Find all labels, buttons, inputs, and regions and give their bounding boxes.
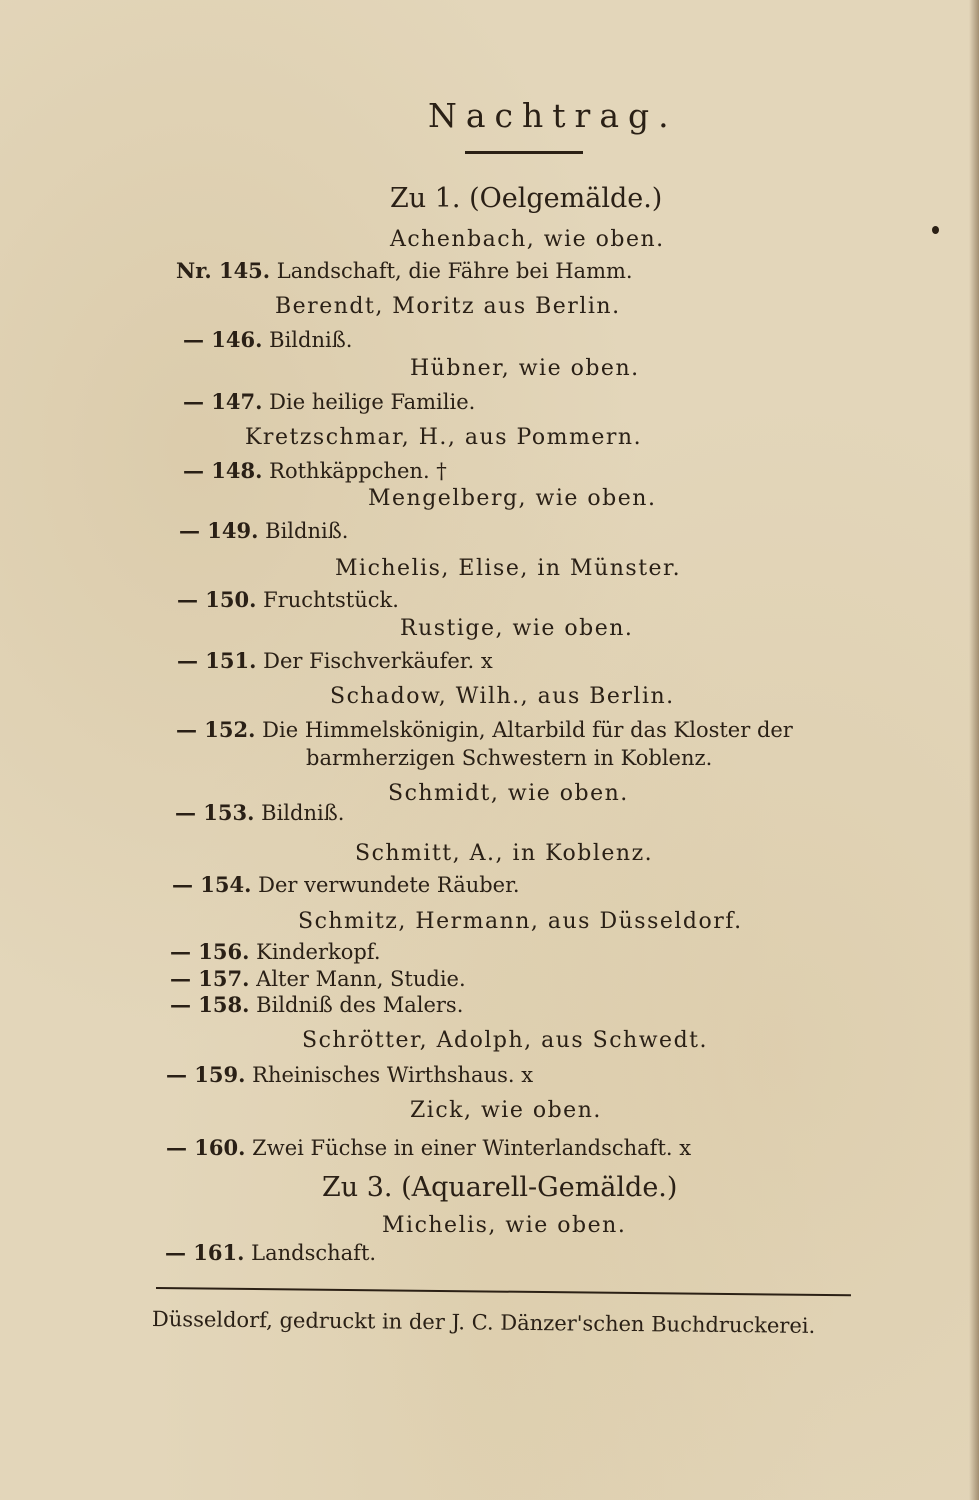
catalog-entry: — 152. Die Himmelskönigin, Altarbild für… bbox=[176, 717, 793, 742]
entry-number: — 160. bbox=[166, 1135, 245, 1160]
page-gutter-shadow bbox=[969, 0, 979, 1500]
entry-number: — 148. bbox=[183, 458, 262, 483]
entry-title: Rheinisches Wirthshaus. x bbox=[252, 1063, 533, 1087]
entry-number: — 150. bbox=[177, 587, 256, 612]
title-rule bbox=[465, 151, 583, 154]
entry-title: Alter Mann, Studie. bbox=[256, 967, 466, 991]
section-heading: Zu 1. (Oelgemälde.) bbox=[390, 183, 662, 214]
ink-speck bbox=[932, 226, 939, 234]
artist-line: Berendt, Moritz aus Berlin. bbox=[275, 294, 621, 319]
entry-number: — 152. bbox=[176, 717, 255, 742]
section-heading: Zu 3. (Aquarell-Gemälde.) bbox=[322, 1172, 677, 1203]
artist-line: Michelis, wie oben. bbox=[382, 1213, 626, 1238]
entry-number: — 159. bbox=[166, 1062, 245, 1087]
entry-number: — 153. bbox=[175, 800, 254, 825]
entry-number: — 149. bbox=[179, 518, 258, 543]
entry-number: — 157. bbox=[170, 966, 249, 991]
scanned-page: Nachtrag. Zu 1. (Oelgemälde.) Achenbach,… bbox=[0, 0, 979, 1500]
catalog-entry: — 151. Der Fischverkäufer. x bbox=[177, 648, 493, 673]
entry-title: Bildniß. bbox=[269, 328, 352, 352]
catalog-entry: — 156. Kinderkopf. bbox=[170, 939, 381, 964]
artist-line: Schmidt, wie oben. bbox=[388, 781, 629, 806]
catalog-entry: — 146. Bildniß. bbox=[183, 327, 352, 352]
page-title: Nachtrag. bbox=[428, 96, 678, 135]
entry-number: — 161. bbox=[165, 1240, 244, 1265]
entry-title: Die heilige Familie. bbox=[269, 390, 475, 414]
artist-line: Rustige, wie oben. bbox=[400, 616, 633, 641]
entry-number: — 151. bbox=[177, 648, 256, 673]
entry-title: Landschaft, die Fähre bei Hamm. bbox=[277, 259, 633, 283]
artist-line: Schmitt, A., in Koblenz. bbox=[355, 841, 653, 866]
artist-line: Michelis, Elise, in Münster. bbox=[335, 556, 681, 581]
catalog-entry: — 161. Landschaft. bbox=[165, 1240, 376, 1265]
entry-number: — 154. bbox=[172, 872, 251, 897]
entry-title: Landschaft. bbox=[251, 1241, 376, 1265]
artist-line: Kretzschmar, H., aus Pommern. bbox=[245, 425, 642, 450]
artist-line: Zick, wie oben. bbox=[410, 1098, 602, 1123]
catalog-entry: — 160. Zwei Füchse in einer Winterlandsc… bbox=[166, 1135, 691, 1160]
entry-title: Bildniß. bbox=[265, 519, 348, 543]
catalog-entry: — 147. Die heilige Familie. bbox=[183, 389, 475, 414]
entry-title: Der Fischverkäufer. x bbox=[263, 649, 493, 673]
catalog-entry: Nr. 145. Landschaft, die Fähre bei Hamm. bbox=[176, 258, 633, 283]
catalog-entry: — 159. Rheinisches Wirthshaus. x bbox=[166, 1062, 533, 1087]
catalog-entry: — 150. Fruchtstück. bbox=[177, 587, 399, 612]
catalog-entry: — 158. Bildniß des Malers. bbox=[170, 992, 463, 1017]
entry-title: Fruchtstück. bbox=[263, 588, 399, 612]
artist-line: Schrötter, Adolph, aus Schwedt. bbox=[302, 1028, 708, 1053]
printer-imprint: Düsseldorf, gedruckt in der J. C. Dänzer… bbox=[152, 1307, 815, 1338]
entry-title: Zwei Füchse in einer Winterlandschaft. x bbox=[252, 1136, 691, 1160]
entry-title: Bildniß des Malers. bbox=[256, 993, 463, 1017]
artist-line: Schadow, Wilh., aus Berlin. bbox=[330, 684, 675, 709]
catalog-entry: — 149. Bildniß. bbox=[179, 518, 348, 543]
catalog-entry: — 148. Rothkäppchen. † bbox=[183, 458, 447, 483]
entry-number: Nr. 145. bbox=[176, 258, 270, 283]
entry-number: — 158. bbox=[170, 992, 249, 1017]
artist-line: Achenbach, wie oben. bbox=[390, 227, 665, 252]
entry-number: — 146. bbox=[183, 327, 262, 352]
footer-rule bbox=[156, 1287, 851, 1296]
catalog-entry: — 157. Alter Mann, Studie. bbox=[170, 966, 466, 991]
entry-title: Bildniß. bbox=[261, 801, 344, 825]
entry-continuation: barmherzigen Schwestern in Koblenz. bbox=[306, 746, 712, 770]
catalog-entry: — 154. Der verwundete Räuber. bbox=[172, 872, 520, 897]
entry-title: Die Himmelskönigin, Altarbild für das Kl… bbox=[262, 718, 793, 742]
catalog-entry: — 153. Bildniß. bbox=[175, 800, 344, 825]
entry-title: Rothkäppchen. † bbox=[269, 459, 447, 483]
entry-number: — 147. bbox=[183, 389, 262, 414]
entry-title: Der verwundete Räuber. bbox=[258, 873, 519, 897]
entry-title: Kinderkopf. bbox=[256, 940, 380, 964]
artist-line: Mengelberg, wie oben. bbox=[368, 486, 656, 511]
artist-line: Schmitz, Hermann, aus Düsseldorf. bbox=[298, 909, 743, 934]
artist-line: Hübner, wie oben. bbox=[410, 356, 640, 381]
entry-number: — 156. bbox=[170, 939, 249, 964]
